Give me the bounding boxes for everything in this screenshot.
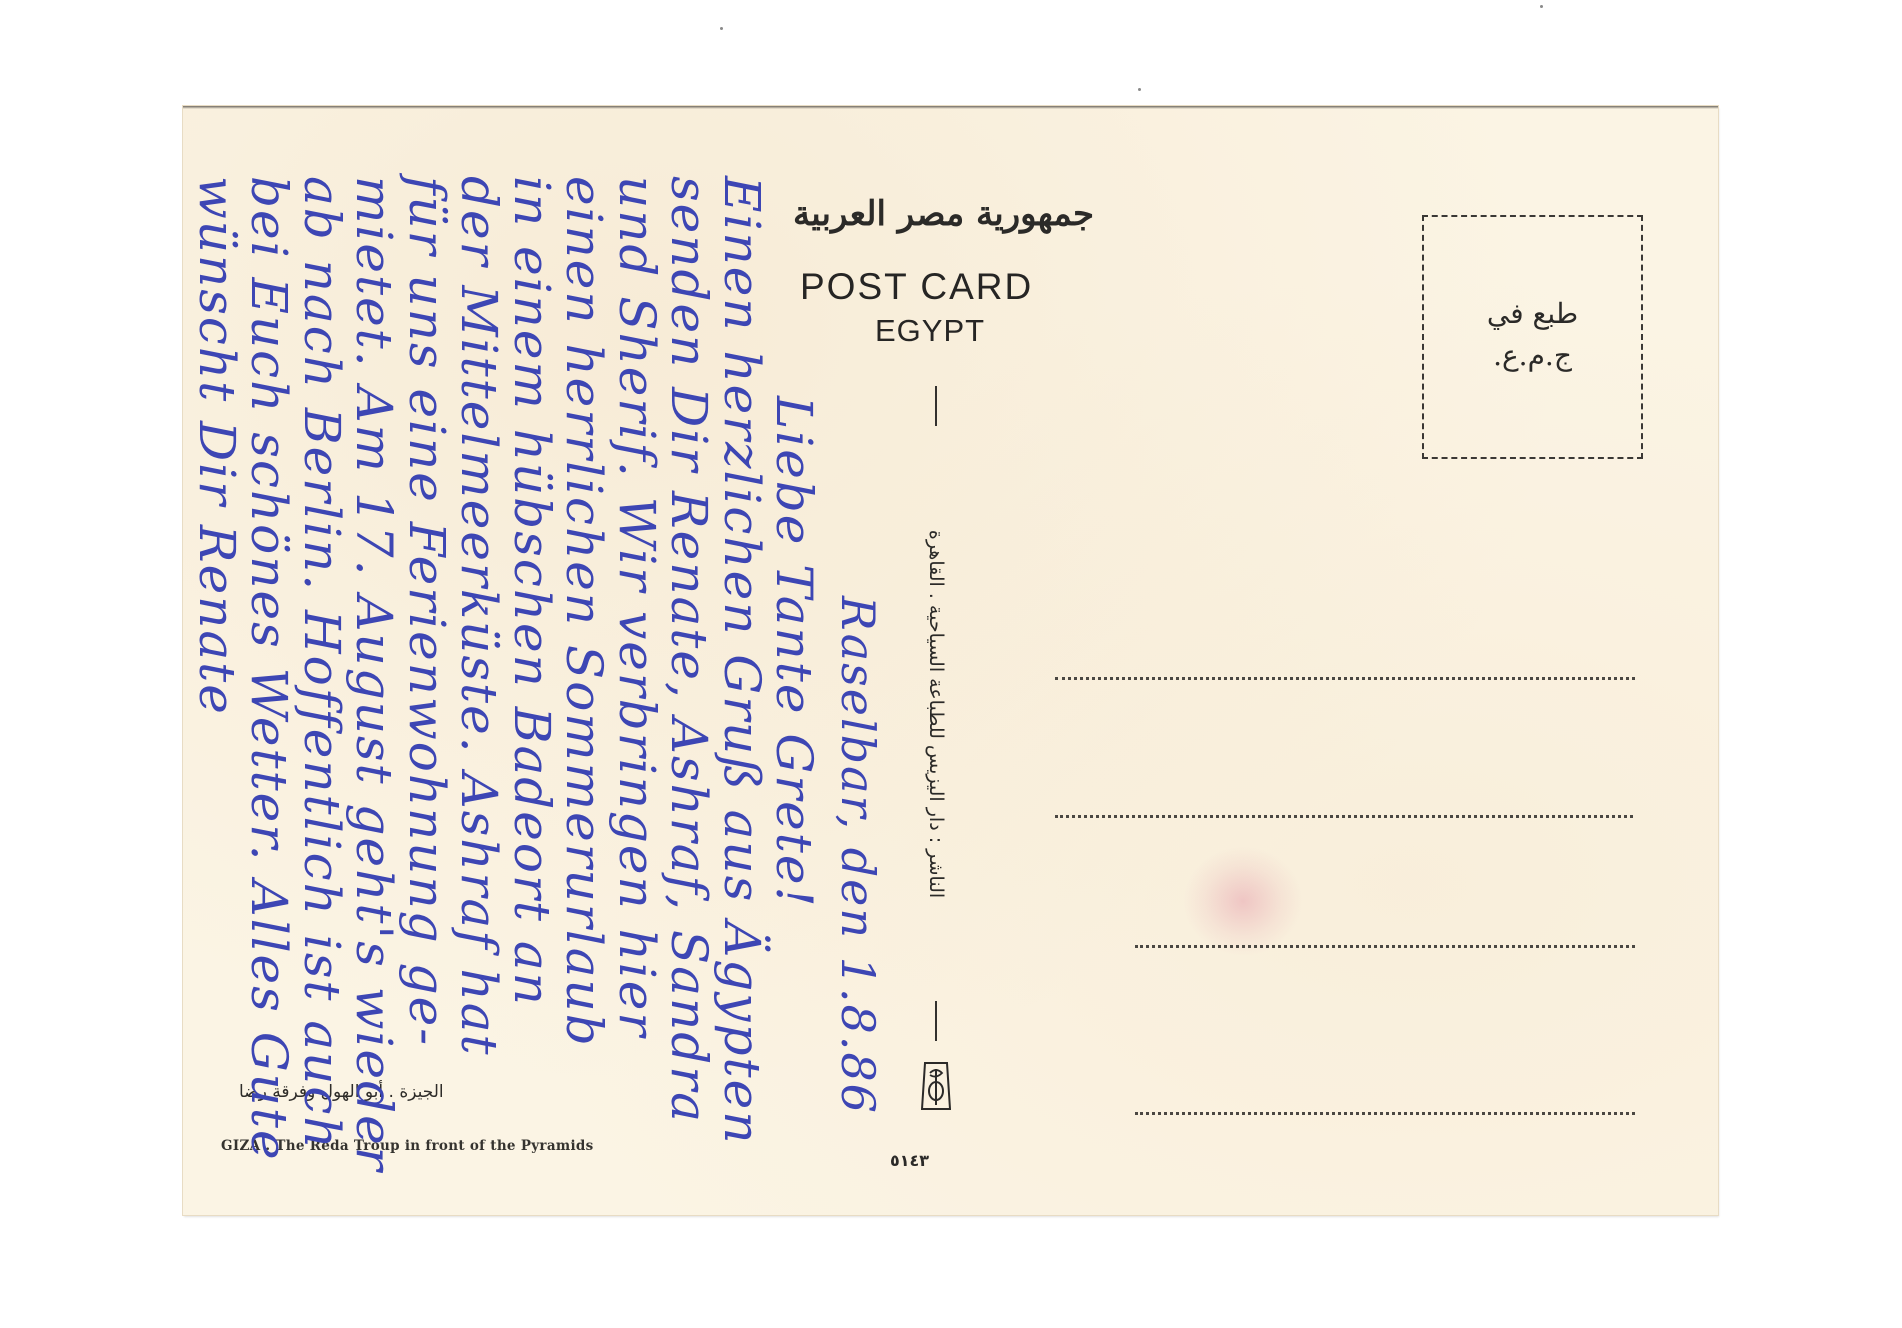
- handwritten-line: Einen herzlichen Gruß aus Ägypten: [713, 176, 771, 1145]
- post-card-title: POST CARD: [800, 266, 1033, 308]
- stamp-box: طبع في ج.م.ع.: [1422, 215, 1643, 459]
- divider-line-bottom: [935, 1001, 937, 1041]
- address-line-4: [1135, 1112, 1635, 1115]
- handwritten-line: und Sherif. Wir verbringen hier: [608, 176, 666, 1038]
- handwritten-date: Raselbar, den 1.8.86: [831, 596, 885, 1115]
- address-line-2: [1055, 815, 1633, 818]
- handwritten-line: ab nach Berlin. Hoffentlich ist auch: [293, 176, 351, 1151]
- handwritten-line: senden Dir Renate, Ashraf, Sandra: [660, 176, 718, 1124]
- postcard: جمهورية مصر العربية POST CARD EGYPT طبع …: [183, 106, 1718, 1215]
- address-line-3: [1135, 945, 1635, 948]
- stamp-text-line-1: طبع في: [1424, 293, 1641, 335]
- handwritten-line: einen herrlichen Sommerurlaub: [555, 176, 613, 1048]
- publisher-imprint: الناشر : دار اليزيس للطباعة السياحية . ا…: [925, 530, 947, 898]
- handwritten-line: in einem hübschen Badeort an: [503, 176, 561, 1007]
- handwritten-line: Liebe Tante Grete!: [765, 396, 823, 909]
- address-line-1: [1055, 677, 1635, 680]
- handwritten-line: der Mittelmeerküste. Ashraf hat: [450, 176, 508, 1057]
- country-header-arabic: جمهورية مصر العربية: [793, 194, 1094, 234]
- stamp-text-line-2: ج.م.ع.: [1424, 335, 1641, 377]
- publisher-logo-icon: [921, 1061, 951, 1111]
- handwritten-line: mietet. Am 17. August geht's wieder: [345, 176, 403, 1173]
- country-title: EGYPT: [875, 313, 985, 349]
- dust-speck: [1540, 5, 1543, 8]
- divider-line-top: [935, 386, 937, 426]
- stamp-box-text: طبع في ج.م.ع.: [1424, 293, 1641, 377]
- card-number: ٥١٤٣: [890, 1151, 929, 1170]
- dust-speck: [720, 27, 723, 30]
- ink-stain: [1183, 846, 1303, 956]
- dust-speck: [1138, 88, 1141, 91]
- handwritten-line: bei Euch schönes Wetter. Alles Gute: [240, 176, 298, 1162]
- handwritten-line: wünscht Dir Renate: [188, 176, 246, 716]
- handwritten-line: für uns eine Ferienwohnung ge-: [398, 176, 456, 1047]
